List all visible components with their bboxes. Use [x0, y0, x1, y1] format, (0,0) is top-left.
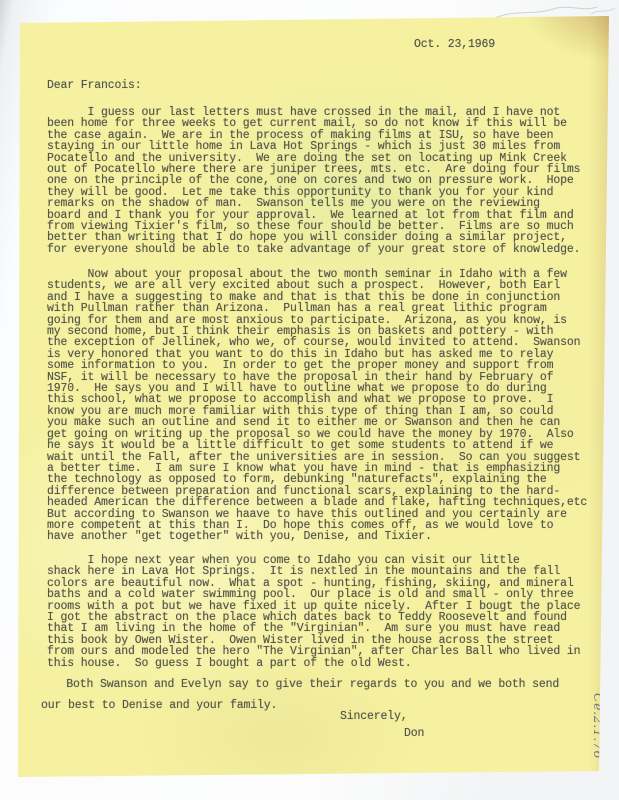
letter-paragraph-4-line-1: Both Swanson and Evelyn say to give thei…: [46, 679, 559, 690]
letter-paragraph-3: I hope next year when you come to Idaho …: [47, 555, 580, 669]
archival-catalog-annotation: Ce.2.1.76: [591, 693, 606, 759]
letter-salutation: Dear Francois:: [47, 80, 142, 91]
letter-signature: Don: [404, 728, 424, 739]
letter-paragraph-2: Now about your proposal about the two mo…: [47, 269, 587, 543]
letter-paragraph-1: I guess our last letters must have cross…: [47, 107, 580, 255]
letter-paragraph-4-line-2: our best to Denise and your family.: [41, 700, 277, 711]
letter-date: Oct. 23,1969: [414, 39, 495, 50]
scanned-letter: Oct. 23,1969 Dear Francois: I guess our …: [0, 0, 619, 800]
letter-closing: Sincerely,: [340, 711, 408, 722]
letter-paper: Oct. 23,1969 Dear Francois: I guess our …: [0, 0, 619, 800]
